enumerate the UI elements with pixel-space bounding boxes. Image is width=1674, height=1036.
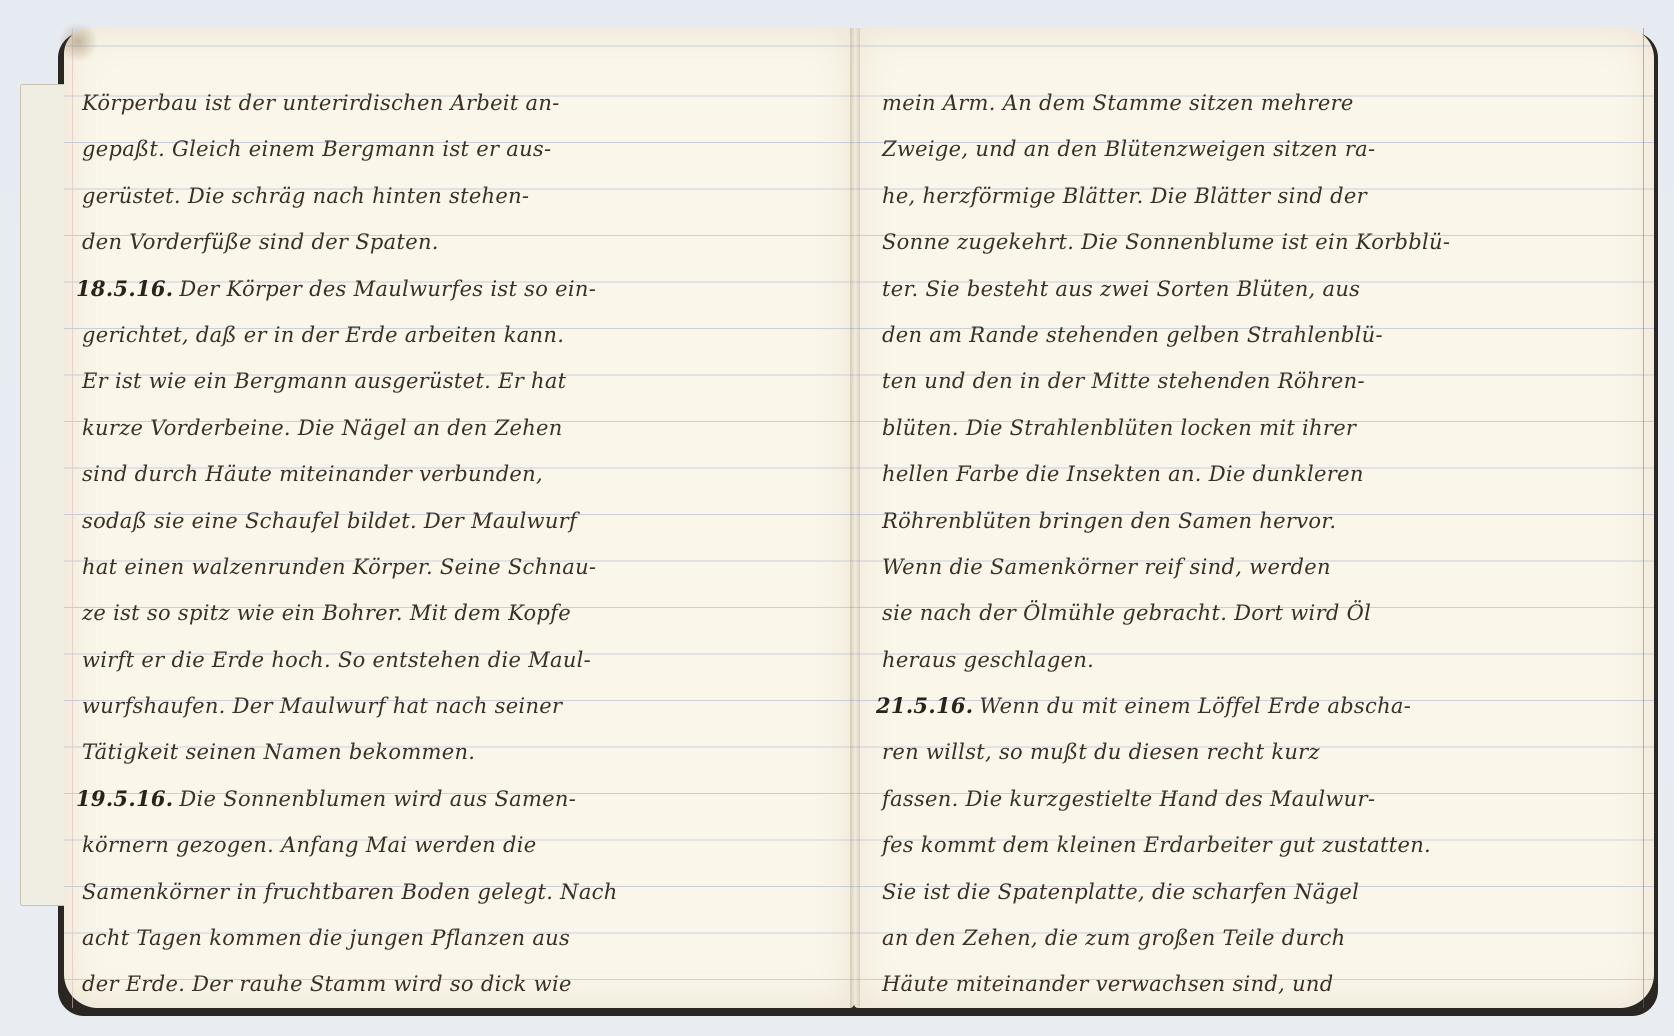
- text-line: hellen Farbe die Insekten an. Die dunkle…: [876, 451, 1636, 497]
- text-line: sie nach der Ölmühle gebracht. Dort wird…: [876, 590, 1636, 636]
- text-line: gerüstet. Die schräg nach hinten stehen-: [76, 173, 840, 219]
- text-line: an den Zehen, die zum großen Teile durch: [876, 915, 1636, 961]
- text-line: der Erde. Der rauhe Stamm wird so dick w…: [76, 961, 840, 1007]
- text-line: Er ist wie ein Bergmann ausgerüstet. Er …: [76, 358, 840, 404]
- right-page-text: mein Arm. An dem Stamme sitzen mehrere Z…: [876, 80, 1636, 1008]
- text-line: 18.5.16.Der Körper des Maulwurfes ist so…: [76, 266, 840, 312]
- text-line: Wenn die Samenkörner reif sind, werden: [876, 544, 1636, 590]
- text-line: mein Arm. An dem Stamme sitzen mehrere: [876, 80, 1636, 126]
- text-line: sind durch Häute miteinander verbunden,: [76, 451, 840, 497]
- text-line: wirft er die Erde hoch. So entstehen die…: [76, 637, 840, 683]
- corner-wear: [58, 22, 98, 62]
- text-line: blüten. Die Strahlenblüten locken mit ih…: [876, 405, 1636, 451]
- entry-date: 21.5.16.: [876, 693, 973, 718]
- text-line: Sie ist die Spatenplatte, die scharfen N…: [876, 869, 1636, 915]
- text-line: ter. Sie besteht aus zwei Sorten Blüten,…: [876, 266, 1636, 312]
- text-line: ten und den in der Mitte stehenden Röhre…: [876, 358, 1636, 404]
- text-line: heraus geschlagen.: [876, 637, 1636, 683]
- text-line: sodaß sie eine Schaufel bildet. Der Maul…: [76, 498, 840, 544]
- text-line: ren willst, so mußt du diesen recht kurz: [876, 729, 1636, 775]
- text-line: Röhrenblüten bringen den Samen hervor.: [876, 498, 1636, 544]
- margin-line: [72, 28, 73, 1008]
- text-line: 21.5.16.Wenn du mit einem Löffel Erde ab…: [876, 683, 1636, 729]
- text-line: den Vorderfüße sind der Spaten.: [76, 219, 840, 265]
- text-line: wurfshaufen. Der Maulwurf hat nach seine…: [76, 683, 840, 729]
- open-notebook: Körperbau ist der unterirdischen Arbeit …: [64, 28, 1654, 1008]
- text-line: Häute miteinander verwachsen sind, und: [876, 961, 1636, 1007]
- text-line: fes kommt dem kleinen Erdarbeiter gut zu…: [876, 822, 1636, 868]
- text-line: gerichtet, daß er in der Erde arbeiten k…: [76, 312, 840, 358]
- margin-line: [1643, 28, 1644, 1008]
- entry-date: 18.5.16.: [76, 276, 173, 301]
- entry-date: 19.5.16.: [76, 786, 173, 811]
- text-line: Samenkörner in fruchtbaren Boden gelegt.…: [76, 869, 840, 915]
- text-line: kurze Vorderbeine. Die Nägel an den Zehe…: [76, 405, 840, 451]
- text-line: fassen. Die kurzgestielte Hand des Maulw…: [876, 776, 1636, 822]
- text-line: Tätigkeit seinen Namen bekommen.: [76, 729, 840, 775]
- left-page-text: Körperbau ist der unterirdischen Arbeit …: [76, 80, 840, 1008]
- text-line: hat einen walzenrunden Körper. Seine Sch…: [76, 544, 840, 590]
- text-line: 19.5.16.Die Sonnenblumen wird aus Samen-: [76, 776, 840, 822]
- text-line: körnern gezogen. Anfang Mai werden die: [76, 822, 840, 868]
- text-line: Sonne zugekehrt. Die Sonnenblume ist ein…: [876, 219, 1636, 265]
- text-line: acht Tagen kommen die jungen Pflanzen au…: [76, 915, 840, 961]
- text-line: ze ist so spitz wie ein Bohrer. Mit dem …: [76, 590, 840, 636]
- text-line: gepaßt. Gleich einem Bergmann ist er aus…: [76, 126, 840, 172]
- right-page: mein Arm. An dem Stamme sitzen mehrere Z…: [854, 28, 1654, 1008]
- left-page: Körperbau ist der unterirdischen Arbeit …: [64, 28, 854, 1008]
- text-line: Zweige, und an den Blütenzweigen sitzen …: [876, 126, 1636, 172]
- book-spine-gutter: [850, 28, 860, 1008]
- text-line: den am Rande stehenden gelben Strahlenbl…: [876, 312, 1636, 358]
- text-line: Körperbau ist der unterirdischen Arbeit …: [76, 80, 840, 126]
- text-line: he, herzförmige Blätter. Die Blätter sin…: [876, 173, 1636, 219]
